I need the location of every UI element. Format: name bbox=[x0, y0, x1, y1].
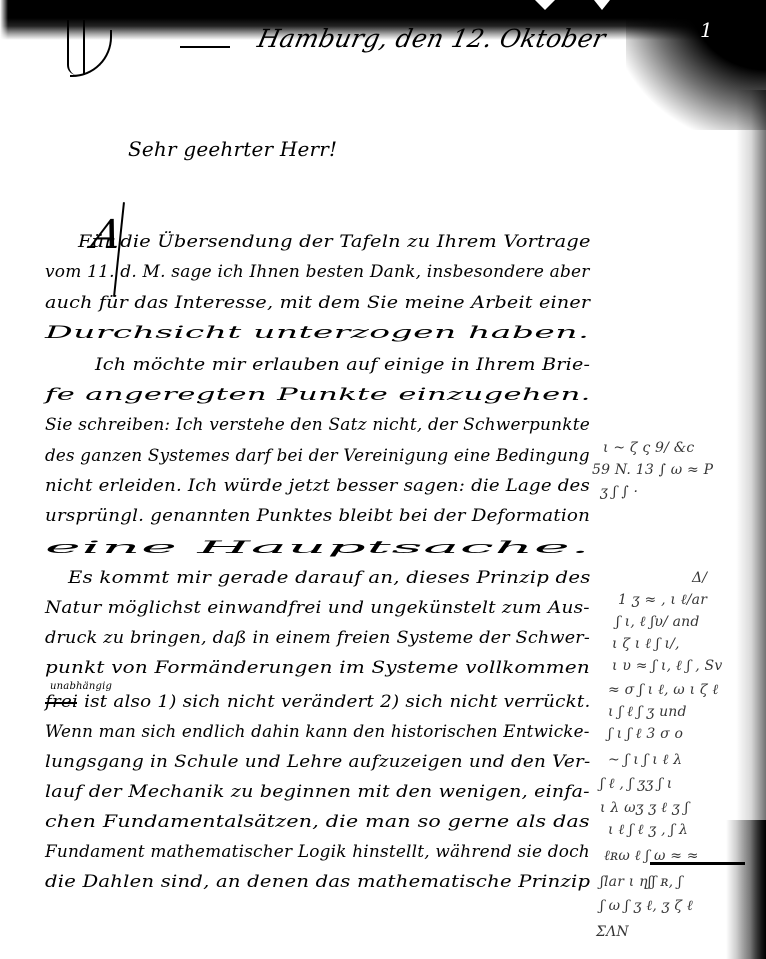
fold-curve bbox=[70, 30, 112, 77]
margin-note: ʃ ι, ℓ ʃυ/ and bbox=[616, 614, 700, 631]
margin-note: ι ℓ ʃ ℓ ʒ , ʃ λ bbox=[608, 822, 688, 839]
body-line: Für die Übersendung der Tafeln zu Ihrem … bbox=[78, 232, 591, 251]
margin-note: Δ/ bbox=[692, 570, 707, 586]
margin-note: ʒ ʃ ∫ · bbox=[600, 484, 638, 500]
margin-note: ι ʃ ℓ ʃ ʒ und bbox=[608, 704, 687, 721]
page-marker: 1 bbox=[700, 18, 713, 42]
margin-note: ι υ ≈ ʃ ι, ℓ ʃ , Sv bbox=[612, 658, 722, 675]
margin-note: ι ~ ζ ς 9/ &c bbox=[603, 440, 694, 456]
body-line: Sie schreiben: Ich verstehe den Satz nic… bbox=[45, 415, 590, 434]
body-line: chen Fundamentalsätzen, die man so gerne… bbox=[45, 812, 590, 831]
body-line: des ganzen Systemes darf bei der Vereini… bbox=[45, 446, 590, 465]
margin-note: ΣΛΝ bbox=[596, 924, 629, 940]
body-line: lungsgang in Schule und Lehre aufzuzeige… bbox=[45, 752, 590, 771]
body-line: nicht erleiden. Ich würde jetzt besser s… bbox=[45, 476, 590, 495]
margin-note: ʃ ℓ , ʃ ʒʒ ʃ ι bbox=[600, 776, 672, 793]
margin-note: ʃ ω ʃ ʒ ℓ, ʒ ζ ℓ bbox=[600, 898, 693, 915]
body-line: Wenn man sich endlich dahin kann den his… bbox=[45, 722, 590, 741]
body-line: die Dahlen sind, an denen das mathematis… bbox=[45, 872, 590, 891]
body-line: eine Hauptsache. bbox=[45, 538, 590, 557]
body-line: frei ist also 1) sich nicht verändert 2)… bbox=[45, 692, 591, 711]
insertion-note: unabhängig bbox=[50, 681, 112, 692]
body-line: auch für das Interesse, mit dem Sie mein… bbox=[45, 293, 590, 312]
dateline: Hamburg, den 12. Oktober bbox=[255, 24, 608, 53]
margin-strikethrough bbox=[650, 862, 745, 865]
header-rule bbox=[180, 46, 230, 48]
strikethrough bbox=[45, 702, 77, 704]
margin-note: ι ζ ι ℓ ʃ ι/, bbox=[612, 636, 680, 653]
margin-note: ι λ ωʒ ʒ ℓ ʒ ʃ bbox=[600, 800, 689, 817]
body-line: fe angeregten Punkte einzugehen. bbox=[45, 385, 591, 404]
margin-note: ≈ σ ʃ ι ℓ, ω ι ζ ℓ bbox=[608, 682, 718, 699]
body-line: Natur möglichst einwandfrei und ungeküns… bbox=[45, 598, 590, 617]
scan-edge-right-bottom bbox=[726, 820, 766, 959]
scan-edge-notch bbox=[594, 0, 610, 10]
body-line: ursprüngl. genannten Punktes bleibt bei … bbox=[45, 506, 590, 525]
body-line: druck zu bringen, daß in einem freien Sy… bbox=[45, 628, 590, 647]
margin-note: 59 N. 13 ∫ ω ≈ P bbox=[592, 462, 713, 478]
body-line: lauf der Mechanik zu beginnen mit den we… bbox=[45, 782, 590, 801]
body-line: Es kommt mir gerade darauf an, dieses Pr… bbox=[68, 568, 591, 587]
body-line: vom 11. d. M. sage ich Ihnen besten Dank… bbox=[45, 262, 590, 281]
margin-note: ~ ʃ ι ʃ ι ℓ λ bbox=[608, 752, 682, 769]
scan-edge-left bbox=[0, 0, 8, 60]
margin-note: ʃ ι ʃ ℓ 3 σ ο bbox=[608, 726, 683, 743]
margin-note: ʃlar ι ηʃʃ ʀ, ʃ bbox=[600, 874, 682, 890]
body-line: Fundament mathematischer Logik hinstellt… bbox=[45, 842, 590, 861]
body-line: punkt von Formänderungen im Systeme voll… bbox=[45, 658, 590, 677]
salutation: Sehr geehrter Herr! bbox=[128, 137, 337, 161]
scan-edge-notch bbox=[535, 0, 555, 10]
body-line: Ich möchte mir erlauben auf einige in Ih… bbox=[95, 355, 590, 374]
body-line: Durchsicht unterzogen haben. bbox=[45, 323, 589, 342]
margin-note: 1 ʒ ≈ , ι ℓ/ar bbox=[618, 592, 707, 609]
